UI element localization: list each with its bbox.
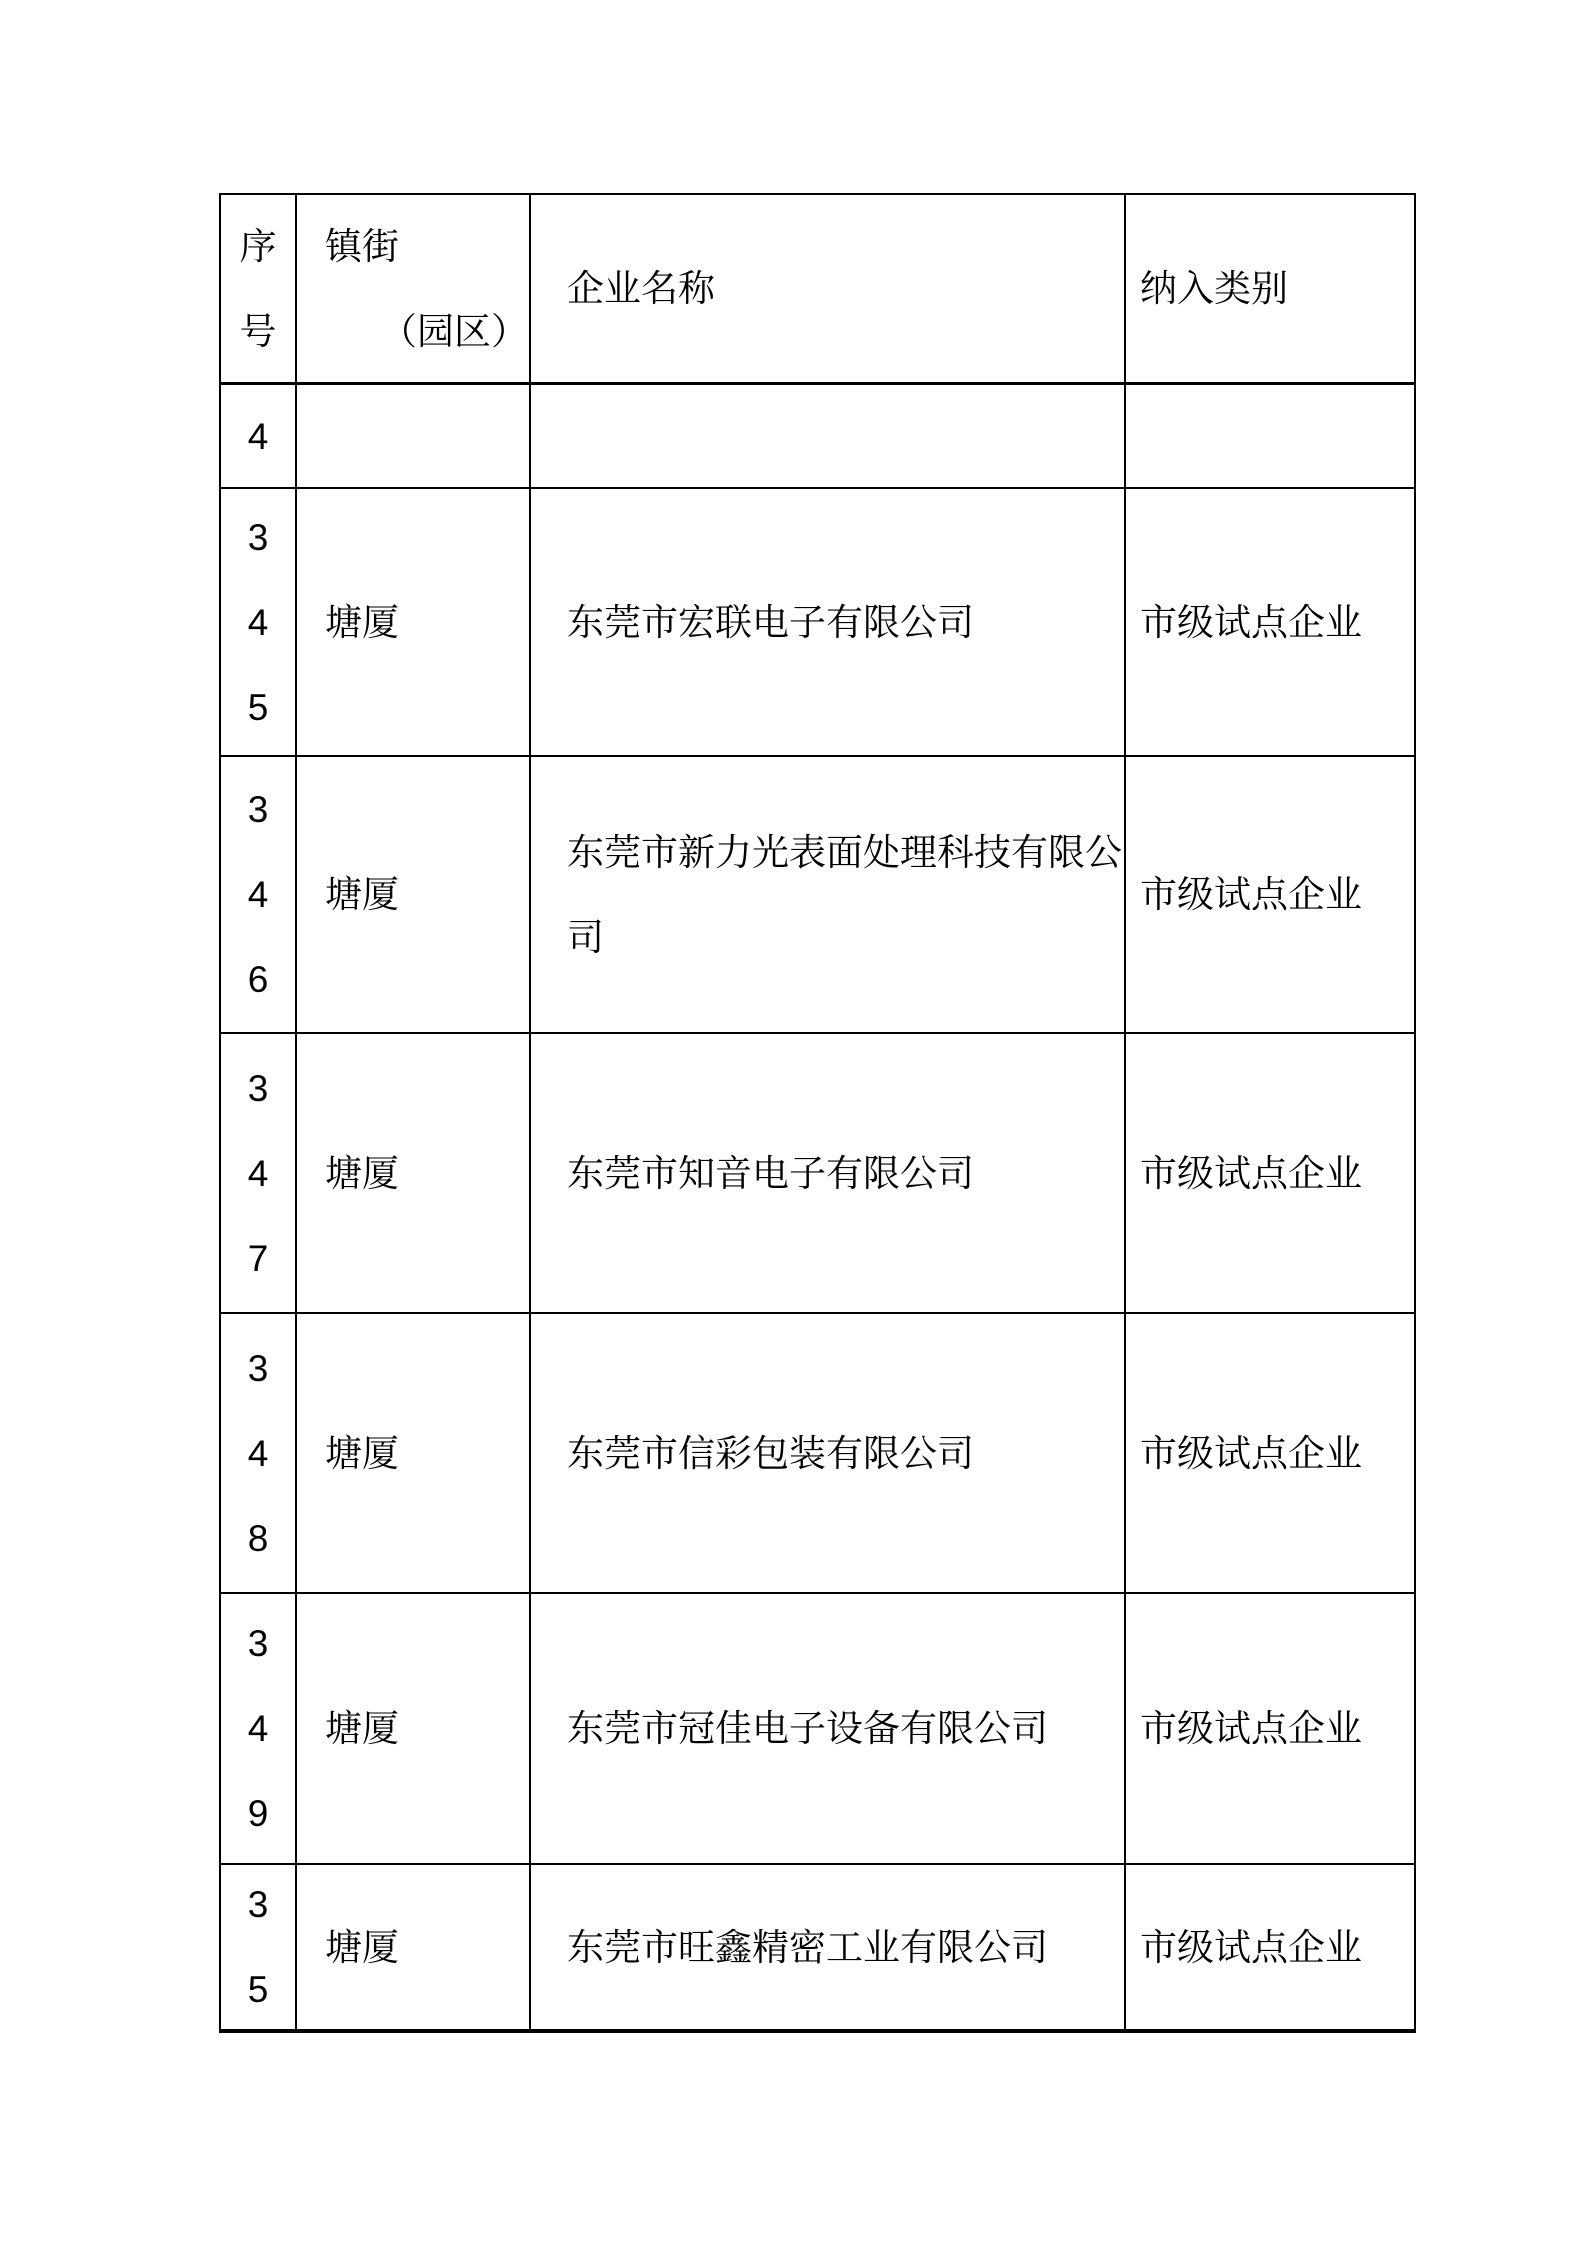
cell-town-text: 塘厦 <box>325 1131 529 1216</box>
cell-company-name <box>531 385 1126 489</box>
cell-company-name: 东莞市新力光表面处理科技有限公司 <box>531 757 1126 1034</box>
header-serial-line2: 号 <box>221 289 295 374</box>
cell-serial-number: 35 <box>221 1865 297 2032</box>
serial-digit: 3 <box>221 767 295 852</box>
cell-category-text: 市级试点企业 <box>1140 1131 1414 1216</box>
cell-company-name: 东莞市冠佳电子设备有限公司 <box>531 1594 1126 1865</box>
cell-town-text: 塘厦 <box>325 580 529 665</box>
serial-digit: 6 <box>221 937 295 1022</box>
header-town-park: 镇街 （园区） <box>297 195 531 385</box>
header-town-line2: （园区） <box>325 289 529 374</box>
header-town-line1: 镇街 <box>325 204 529 289</box>
cell-company-name-text: 东莞市冠佳电子设备有限公司 <box>567 1686 1122 1771</box>
cell-town-text: 塘厦 <box>325 852 529 937</box>
serial-digit: 4 <box>221 580 295 665</box>
cell-company-name-text: 东莞市旺鑫精密工业有限公司 <box>567 1905 1122 1990</box>
cell-category: 市级试点企业 <box>1126 489 1416 757</box>
cell-category-text: 市级试点企业 <box>1140 580 1414 665</box>
cell-company-name-text: 东莞市新力光表面处理科技有限公司 <box>567 810 1122 980</box>
document-page: { "page": { "background": "#ffffff", "te… <box>0 0 1587 2245</box>
serial-digit: 4 <box>221 1686 295 1771</box>
cell-serial-number: 345 <box>221 489 297 757</box>
serial-digit: 3 <box>221 1046 295 1131</box>
header-serial-number: 序 号 <box>221 195 297 385</box>
cell-serial-number: 348 <box>221 1314 297 1594</box>
cell-serial-number: 347 <box>221 1034 297 1314</box>
cell-category: 市级试点企业 <box>1126 757 1416 1034</box>
serial-digit: 5 <box>221 1947 295 2032</box>
serial-digit: 7 <box>221 1216 295 1301</box>
cell-company-name-text: 东莞市宏联电子有限公司 <box>567 580 1122 665</box>
serial-digit: 5 <box>221 665 295 750</box>
cell-category-text: 市级试点企业 <box>1140 1905 1414 1990</box>
cell-company-name-text: 东莞市知音电子有限公司 <box>567 1131 1122 1216</box>
cell-town <box>297 385 531 489</box>
cell-category-text: 市级试点企业 <box>1140 1686 1414 1771</box>
serial-digit: 4 <box>221 1131 295 1216</box>
cell-town: 塘厦 <box>297 489 531 757</box>
cell-category: 市级试点企业 <box>1126 1865 1416 2032</box>
serial-digit: 9 <box>221 1771 295 1856</box>
header-category: 纳入类别 <box>1126 195 1416 385</box>
enterprise-table: 序 号 镇街 （园区） 企业名称 纳入类别 4345塘厦东莞市宏联电子有限公司市… <box>219 193 1416 2033</box>
header-company-name: 企业名称 <box>531 195 1126 385</box>
serial-digit: 3 <box>221 495 295 580</box>
cell-category-text: 市级试点企业 <box>1140 1411 1414 1496</box>
serial-digit: 3 <box>221 1601 295 1686</box>
cell-town: 塘厦 <box>297 1594 531 1865</box>
cell-company-name: 东莞市信彩包装有限公司 <box>531 1314 1126 1594</box>
cell-company-name: 东莞市知音电子有限公司 <box>531 1034 1126 1314</box>
serial-digit: 4 <box>221 1411 295 1496</box>
cell-town: 塘厦 <box>297 1314 531 1594</box>
cell-company-name: 东莞市宏联电子有限公司 <box>531 489 1126 757</box>
serial-digit: 3 <box>221 1326 295 1411</box>
header-company-label: 企业名称 <box>567 246 1122 331</box>
cell-town: 塘厦 <box>297 1865 531 2032</box>
cell-serial-number: 4 <box>221 385 297 489</box>
cell-serial-number: 349 <box>221 1594 297 1865</box>
cell-category: 市级试点企业 <box>1126 1314 1416 1594</box>
cell-serial-number: 346 <box>221 757 297 1034</box>
cell-category <box>1126 385 1416 489</box>
cell-company-name: 东莞市旺鑫精密工业有限公司 <box>531 1865 1126 2032</box>
cell-town-text: 塘厦 <box>325 1411 529 1496</box>
header-category-label: 纳入类别 <box>1140 246 1414 331</box>
cell-category: 市级试点企业 <box>1126 1594 1416 1865</box>
cell-company-name-text: 东莞市信彩包装有限公司 <box>567 1411 1122 1496</box>
cell-category: 市级试点企业 <box>1126 1034 1416 1314</box>
serial-digit: 4 <box>221 394 295 479</box>
cell-category-text: 市级试点企业 <box>1140 852 1414 937</box>
cell-town: 塘厦 <box>297 757 531 1034</box>
header-serial-line1: 序 <box>221 204 295 289</box>
cell-town-text: 塘厦 <box>325 1686 529 1771</box>
cell-town: 塘厦 <box>297 1034 531 1314</box>
serial-digit: 8 <box>221 1496 295 1581</box>
serial-digit: 4 <box>221 852 295 937</box>
cell-town-text: 塘厦 <box>325 1905 529 1990</box>
serial-digit: 3 <box>221 1865 295 1947</box>
